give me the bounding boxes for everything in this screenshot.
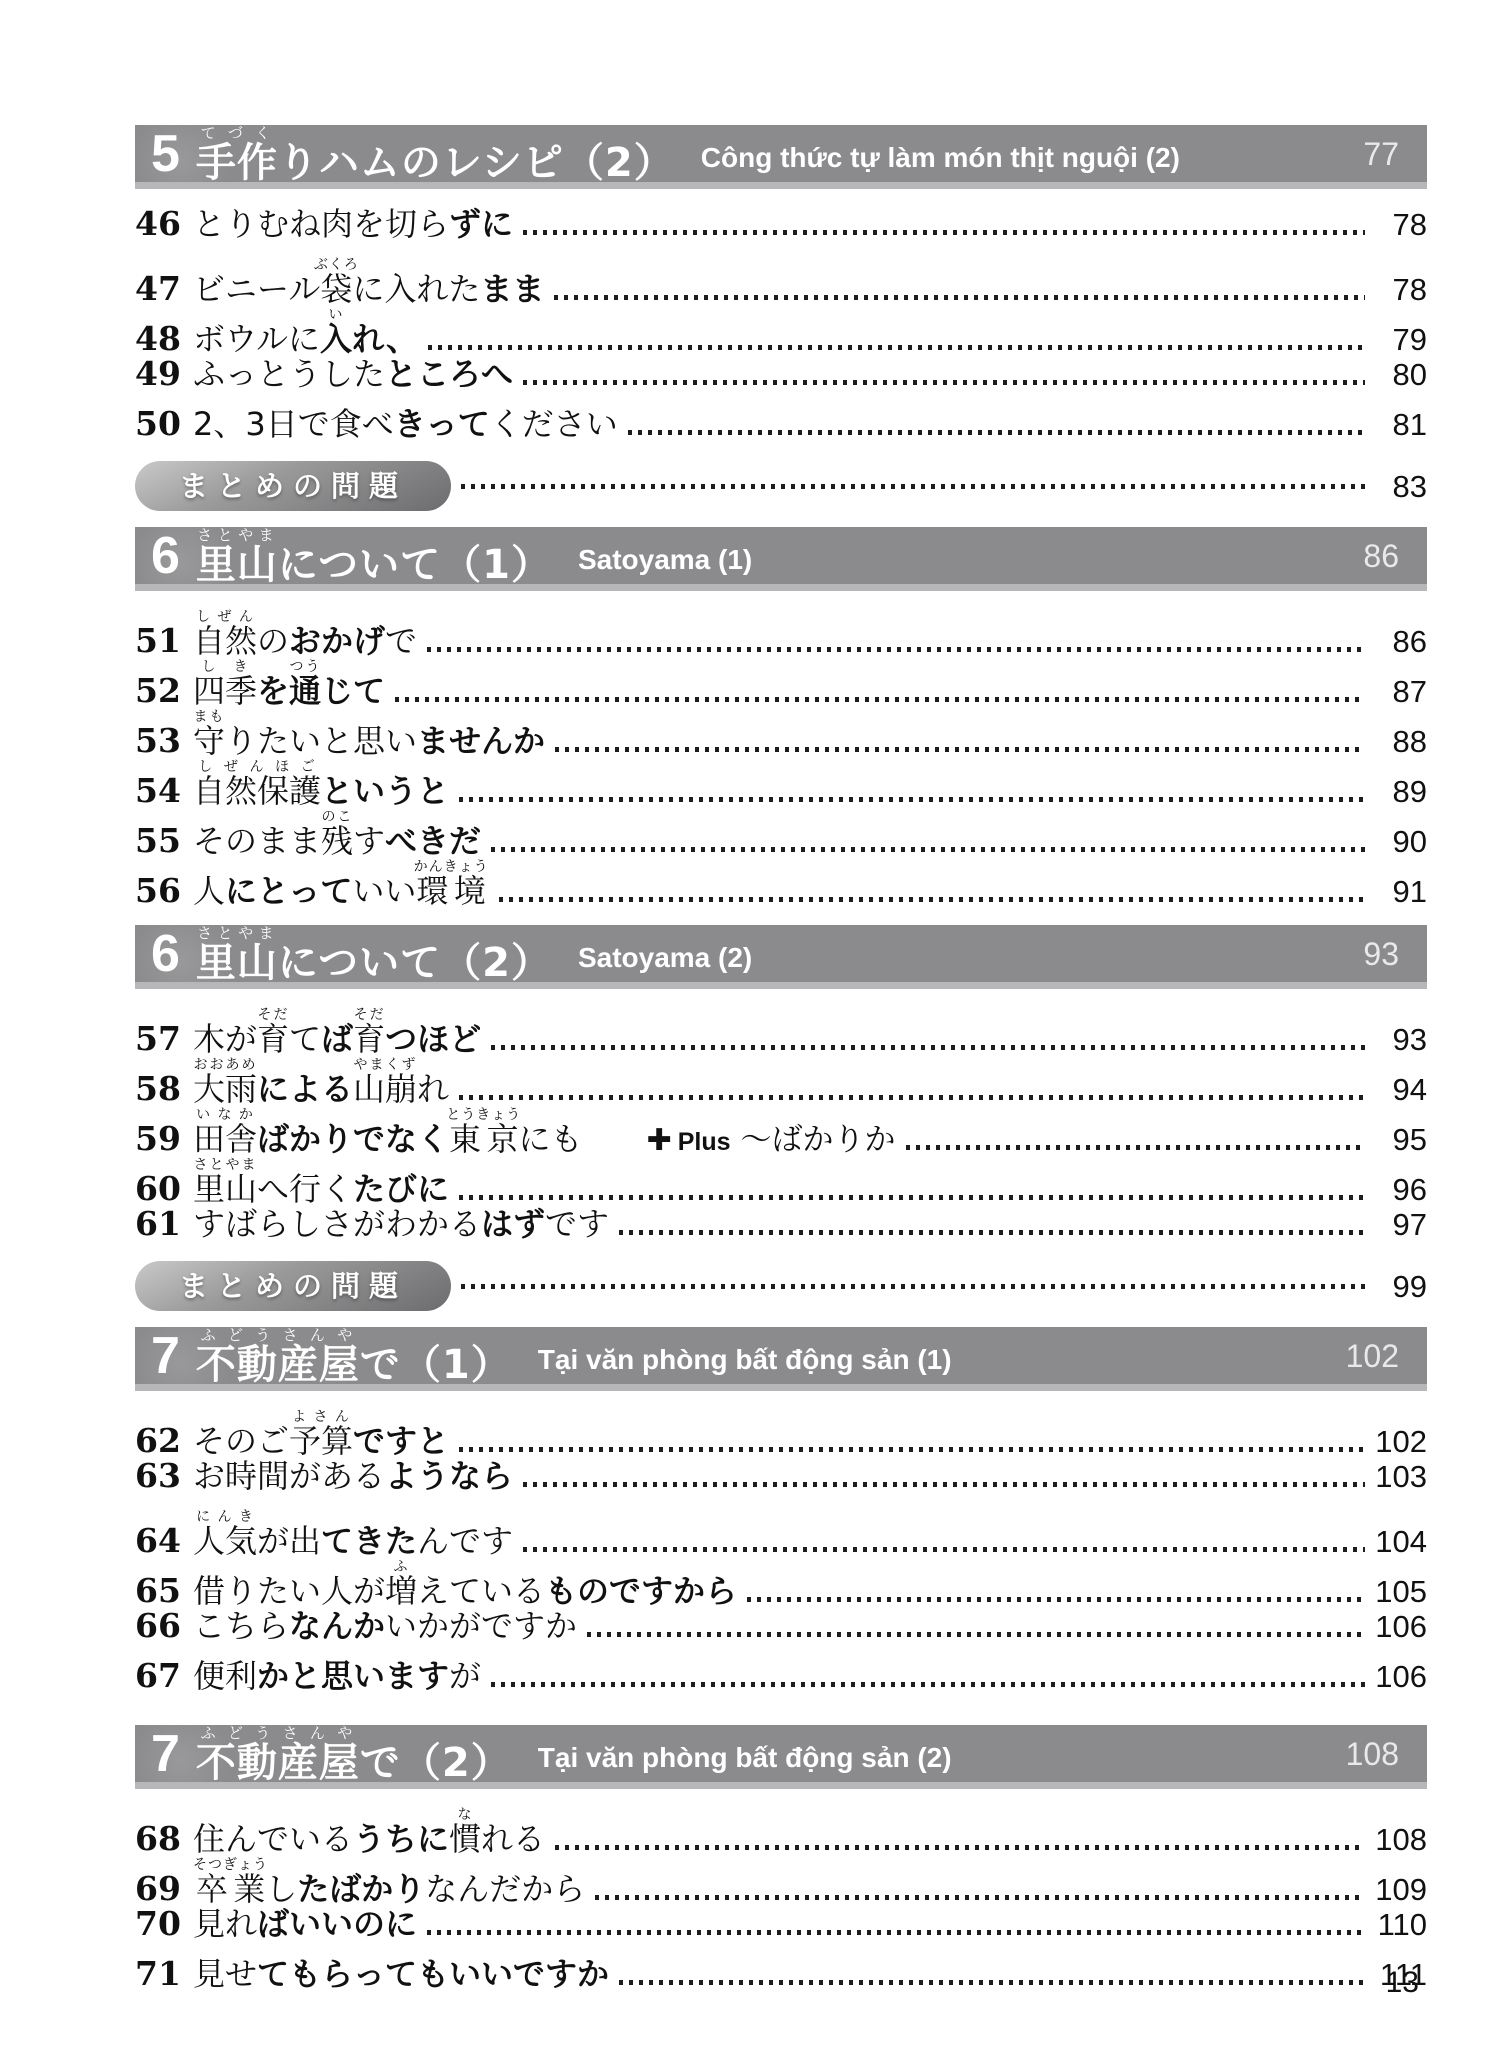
text-segment: お時間がある xyxy=(193,1457,385,1495)
furigana: ふどうさんや xyxy=(196,1326,360,1344)
furigana: おおあめ xyxy=(193,1057,257,1073)
section-header: 6里山さとやまについて（2）Satoyama (2)93 xyxy=(135,925,1427,982)
section-header: 7不動産屋ふどうさんやで（1）Tại văn phòng bất động sả… xyxy=(135,1327,1427,1384)
text-segment: 見せ xyxy=(193,1955,257,1993)
text-segment: が出 xyxy=(257,1522,321,1560)
text-segment: し xyxy=(265,1870,297,1908)
furigana: ぶくろ xyxy=(314,257,359,273)
text-segment: 人 xyxy=(193,872,225,910)
toc-entry: 64人気にんきが出てきたんです104 xyxy=(135,1509,1427,1559)
furigana: いなか xyxy=(193,1107,257,1123)
entry-number: 65 xyxy=(135,1574,193,1607)
text-segment: の xyxy=(257,622,289,660)
entry-page-number: 91 xyxy=(1375,876,1427,907)
furigana: やまくず xyxy=(353,1057,417,1073)
toc-entry: 65借りたい人が増ふえているものですから105 xyxy=(135,1559,1427,1609)
entry-page-number: 88 xyxy=(1375,726,1427,757)
section-title: 不動産屋ふどうさんやで（2） xyxy=(196,1724,512,1783)
toc-entry: 54自然保護しぜんほごというと89 xyxy=(135,759,1427,809)
text-segment: 便利 xyxy=(193,1657,257,1695)
ruby-text: 予算よさん xyxy=(289,1422,353,1460)
ruby-base: 増 xyxy=(385,1572,417,1610)
section-title: 手作てづくりハムのレシピ（2） xyxy=(196,124,675,183)
text-segment: ば xyxy=(321,1020,353,1058)
entry-title: そのご予算よさんですと xyxy=(193,1409,449,1459)
entry-number: 64 xyxy=(135,1524,193,1557)
text-segment: て xyxy=(289,1020,321,1058)
toc-entry: 62そのご予算よさんですと102 xyxy=(135,1409,1427,1459)
text-segment: そのまま xyxy=(193,822,321,860)
section-body: 51自然しぜんのおかげで8652四季しきを通つうじて8753守まもりたいと思いま… xyxy=(135,591,1427,909)
entry-title: ビニール袋ぶくろに入れたまま xyxy=(193,257,544,307)
entry-number: 46 xyxy=(135,207,193,240)
toc-entry: 67便利かと思いますが106 xyxy=(135,1659,1427,1709)
entry-number: 58 xyxy=(135,1072,193,1105)
toc-entry: 55そのまま残のこすべきだ90 xyxy=(135,809,1427,859)
entry-number: 71 xyxy=(135,1957,193,1990)
text-segment: つほど xyxy=(385,1020,481,1058)
furigana: とうきょう xyxy=(446,1107,521,1123)
ruby-text: 増ふ xyxy=(385,1572,417,1610)
text-segment: 見れ xyxy=(193,1905,257,1943)
ruby-text: 山崩やまくず xyxy=(353,1070,417,1108)
dotted-leader xyxy=(523,1482,1365,1487)
dotted-leader xyxy=(619,1980,1365,1985)
summary-row: まとめの問題99 xyxy=(135,1261,1427,1311)
section-page-number: 102 xyxy=(1346,1340,1399,1372)
furigana: しき xyxy=(193,659,257,675)
text-segment: まま xyxy=(480,270,544,308)
entry-title: 人にとっていい環境かんきょう xyxy=(193,859,489,909)
entry-title: 卒業そつぎょうしたばかりなんだから xyxy=(193,1857,585,1907)
toc-entry: 56人にとっていい環境かんきょう91 xyxy=(135,859,1427,909)
ruby-base: 四季 xyxy=(193,672,257,710)
ruby-text: 育そだ xyxy=(257,1020,289,1058)
toc-entry: 48ボウルに入いれ、79 xyxy=(135,307,1427,357)
ruby-text: 残のこ xyxy=(321,822,353,860)
ruby-base: 里山 xyxy=(196,940,278,986)
plus-icon: ✚ xyxy=(647,1123,672,1158)
text-segment: かと思います xyxy=(257,1657,449,1695)
text-segment: なんか xyxy=(289,1607,385,1645)
entry-number: 47 xyxy=(135,272,193,305)
section-body: 46とりむね肉を切らずに7847ビニール袋ぶくろに入れたまま7848ボウルに入い… xyxy=(135,189,1427,511)
entry-page-number: 79 xyxy=(1375,324,1427,355)
entry-title: ボウルに入いれ、 xyxy=(193,307,418,357)
plus-note: ✚Plus～ばかりか xyxy=(647,1125,896,1156)
section-number: 6 xyxy=(151,530,180,582)
ruby-text: 慣な xyxy=(449,1820,481,1858)
section-body: 57木が育そだてば育そだつほど9358大雨おおあめによる山崩やまくずれ9459田… xyxy=(135,989,1427,1311)
toc-section: 6里山さとやまについて（2）Satoyama (2)9357木が育そだてば育そだ… xyxy=(135,925,1427,1311)
text-segment: りハムのレシピ（2） xyxy=(278,140,675,186)
text-segment: えている xyxy=(417,1572,545,1610)
furigana: い xyxy=(320,307,352,323)
ruby-base: 自然 xyxy=(193,622,257,660)
section-title: 里山さとやまについて（1） xyxy=(196,526,552,585)
section-title: 里山さとやまについて（2） xyxy=(196,924,552,983)
entry-title: ふっとうしたところへ xyxy=(193,358,513,392)
page-number: 13 xyxy=(1386,1966,1419,2000)
summary-page-number: 83 xyxy=(1375,471,1427,502)
section-number: 6 xyxy=(151,928,180,980)
text-segment: きって xyxy=(394,405,490,443)
text-segment: について（2） xyxy=(278,940,552,986)
entry-title: すばらしさがわかるはずです xyxy=(193,1208,609,1242)
ruby-base: 人気 xyxy=(193,1522,257,1560)
ruby-base: 大雨 xyxy=(193,1070,257,1108)
entry-page-number: 102 xyxy=(1375,1426,1427,1457)
entry-page-number: 105 xyxy=(1375,1576,1427,1607)
ruby-base: 環境 xyxy=(414,872,489,910)
ruby-text: 自然保護しぜんほご xyxy=(193,772,321,810)
furigana: てづく xyxy=(196,124,278,142)
ruby-base: 守 xyxy=(193,722,225,760)
entry-page-number: 110 xyxy=(1375,1909,1427,1940)
entry-title: 住んでいるうちに慣なれる xyxy=(193,1807,545,1857)
section-page-number: 77 xyxy=(1363,138,1399,170)
ruby-base: 慣 xyxy=(449,1820,481,1858)
entry-number: 54 xyxy=(135,774,193,807)
entry-page-number: 104 xyxy=(1375,1526,1427,1557)
text-segment: にも xyxy=(519,1120,583,1158)
entry-title: 見ればいいのに xyxy=(193,1908,417,1942)
entry-number: 61 xyxy=(135,1207,193,1240)
text-segment: で（2） xyxy=(360,1740,512,1786)
furigana: さとやま xyxy=(193,1157,257,1173)
ruby-base: 里山 xyxy=(196,542,278,588)
toc-entry: 46とりむね肉を切らずに78 xyxy=(135,207,1427,257)
text-segment: そのご xyxy=(193,1422,289,1460)
dotted-leader xyxy=(459,1195,1365,1200)
entry-title: 大雨おおあめによる山崩やまくずれ xyxy=(193,1057,449,1107)
furigana: そだ xyxy=(257,1007,289,1023)
dotted-leader xyxy=(459,1095,1365,1100)
furigana: しぜん xyxy=(193,609,257,625)
section-number: 7 xyxy=(151,1330,180,1382)
entry-page-number: 86 xyxy=(1375,626,1427,657)
entry-number: 57 xyxy=(135,1022,193,1055)
section-page-number: 93 xyxy=(1363,938,1399,970)
furigana: さとやま xyxy=(196,526,278,544)
dotted-leader xyxy=(459,1447,1365,1452)
dotted-leader xyxy=(461,484,1365,489)
ruby-text: 入い xyxy=(320,320,352,358)
entry-title: 守まもりたいと思いませんか xyxy=(193,709,545,759)
entry-number: 55 xyxy=(135,824,193,857)
toc-section: 7不動産屋ふどうさんやで（2）Tại văn phòng bất động sả… xyxy=(135,1725,1427,2007)
entry-title: そのまま残のこすべきだ xyxy=(193,809,481,859)
toc-entry: 63お時間があるようなら103 xyxy=(135,1459,1427,1509)
entry-number: 56 xyxy=(135,874,193,907)
entry-number: 48 xyxy=(135,322,193,355)
toc-entry: 61すばらしさがわかるはずです97 xyxy=(135,1207,1427,1257)
text-segment: りたいと思い xyxy=(225,722,417,760)
dotted-leader xyxy=(499,897,1365,902)
section-subtitle: Công thức tự làm món thịt nguội (2) xyxy=(701,142,1180,182)
dotted-leader xyxy=(555,747,1365,752)
entry-number: 51 xyxy=(135,624,193,657)
text-segment: で（1） xyxy=(360,1342,512,1388)
ruby-base: 山崩 xyxy=(353,1070,417,1108)
text-segment: れる xyxy=(481,1820,545,1858)
ruby-text: 守まも xyxy=(193,722,225,760)
toc-entry: 66こちらなんかいかがですか106 xyxy=(135,1609,1427,1659)
text-segment: たびに xyxy=(353,1170,449,1208)
section-number: 5 xyxy=(151,128,180,180)
furigana: まも xyxy=(193,709,225,725)
ruby-base: 田舎 xyxy=(193,1120,257,1158)
section-title: 不動産屋ふどうさんやで（1） xyxy=(196,1326,512,1385)
text-segment: にとって xyxy=(225,872,352,910)
entry-title: お時間があるようなら xyxy=(193,1460,513,1494)
dotted-leader xyxy=(619,1230,1365,1235)
ruby-base: 不動産屋 xyxy=(196,1740,360,1786)
ruby-text: 不動産屋ふどうさんや xyxy=(196,1740,360,1786)
dotted-leader xyxy=(523,230,1365,235)
text-segment: なんだから xyxy=(425,1870,585,1908)
furigana: しぜんほご xyxy=(193,759,321,775)
entry-title: 便利かと思いますが xyxy=(193,1660,481,1694)
text-segment: とりむね肉を切ら xyxy=(193,205,449,243)
text-segment: に入れた xyxy=(352,270,480,308)
text-segment: ずに xyxy=(449,205,513,243)
text-segment: ふっとうした xyxy=(193,355,385,393)
entry-number: 70 xyxy=(135,1907,193,1940)
text-segment: 借りたい人が xyxy=(193,1572,385,1610)
section-page-number: 86 xyxy=(1363,540,1399,572)
entry-page-number: 106 xyxy=(1375,1661,1427,1692)
section-page-number: 108 xyxy=(1346,1738,1399,1770)
entry-number: 68 xyxy=(135,1822,193,1855)
entry-number: 60 xyxy=(135,1172,193,1205)
dotted-leader xyxy=(747,1597,1365,1602)
furigana: よさん xyxy=(289,1409,353,1425)
ruby-base: 育 xyxy=(353,1020,385,1058)
ruby-base: 残 xyxy=(321,822,353,860)
entry-page-number: 80 xyxy=(1375,359,1427,390)
text-segment: について（1） xyxy=(278,542,552,588)
ruby-base: 里山 xyxy=(193,1170,257,1208)
ruby-text: 里山さとやま xyxy=(196,542,278,588)
furigana: そだ xyxy=(353,1007,385,1023)
entry-number: 52 xyxy=(135,674,193,707)
dotted-leader xyxy=(427,1930,1365,1935)
entry-page-number: 96 xyxy=(1375,1174,1427,1205)
toc-section: 7不動産屋ふどうさんやで（1）Tại văn phòng bất động sả… xyxy=(135,1327,1427,1709)
summary-page-number: 99 xyxy=(1375,1271,1427,1302)
entry-number: 53 xyxy=(135,724,193,757)
summary-pill: まとめの問題 xyxy=(135,461,451,511)
dotted-leader xyxy=(587,1632,1365,1637)
section-number: 7 xyxy=(151,1728,180,1780)
dotted-leader xyxy=(554,295,1365,300)
entry-number: 63 xyxy=(135,1459,193,1492)
entry-page-number: 108 xyxy=(1375,1824,1427,1855)
dotted-leader xyxy=(428,345,1365,350)
ruby-text: 卒業そつぎょう xyxy=(193,1870,265,1908)
toc-entry: 52四季しきを通つうじて87 xyxy=(135,659,1427,709)
text-segment: こちら xyxy=(193,1607,289,1645)
text-segment: いかがですか xyxy=(385,1607,577,1645)
dotted-leader xyxy=(491,847,1365,852)
text-segment: んです xyxy=(417,1522,513,1560)
toc-entry: 51自然しぜんのおかげで86 xyxy=(135,609,1427,659)
entry-title: 里山さとやまへ行くたびに xyxy=(193,1157,449,1207)
toc-section: 5手作てづくりハムのレシピ（2）Công thức tự làm món thị… xyxy=(135,125,1427,511)
text-segment: 住んでいる xyxy=(193,1820,353,1858)
ruby-text: 東京とうきょう xyxy=(449,1120,519,1158)
text-segment: おかげ xyxy=(289,622,385,660)
text-segment: てきた xyxy=(321,1522,417,1560)
text-segment: というと xyxy=(321,772,449,810)
furigana: つう xyxy=(289,659,321,675)
ruby-text: 四季しき xyxy=(193,672,257,710)
entry-number: 67 xyxy=(135,1659,193,1692)
ruby-base: 不動産屋 xyxy=(196,1342,360,1388)
dotted-leader xyxy=(491,1045,1365,1050)
text-segment: ボウルに xyxy=(193,320,320,358)
ruby-base: 育 xyxy=(257,1020,289,1058)
entry-page-number: 78 xyxy=(1375,209,1427,240)
ruby-text: 手作てづく xyxy=(196,140,278,186)
dotted-leader xyxy=(523,380,1365,385)
ruby-base: 自然保護 xyxy=(193,772,321,810)
dotted-leader xyxy=(461,1284,1365,1289)
furigana: のこ xyxy=(321,809,353,825)
ruby-base: 通 xyxy=(289,672,321,710)
furigana: にんき xyxy=(193,1509,257,1525)
toc-entry: 68住んでいるうちに慣なれる108 xyxy=(135,1807,1427,1857)
entry-page-number: 87 xyxy=(1375,676,1427,707)
text-segment: ですと xyxy=(353,1422,449,1460)
entry-title: 自然保護しぜんほごというと xyxy=(193,759,449,809)
text-segment: うちに xyxy=(353,1820,449,1858)
ruby-text: 通つう xyxy=(289,672,321,710)
ruby-text: 里山さとやま xyxy=(196,940,278,986)
text-segment: ようなら xyxy=(385,1457,513,1495)
ruby-base: 入 xyxy=(320,320,352,358)
text-segment: へ行く xyxy=(257,1170,353,1208)
entry-title: 田舎いなかばかりでなく東京とうきょうにも xyxy=(193,1107,583,1157)
text-segment: れ、 xyxy=(352,320,418,358)
ruby-base: 東京 xyxy=(446,1120,521,1158)
toc-entry: 47ビニール袋ぶくろに入れたまま78 xyxy=(135,257,1427,307)
dotted-leader xyxy=(628,430,1365,435)
section-subtitle: Tại văn phòng bất động sản (2) xyxy=(538,1742,952,1782)
section-body: 62そのご予算よさんですと10263お時間があるようなら10364人気にんきが出… xyxy=(135,1391,1427,1709)
text-segment: す xyxy=(353,822,385,860)
text-segment: れ xyxy=(417,1070,449,1108)
section-subtitle: Tại văn phòng bất động sản (1) xyxy=(538,1344,952,1384)
entry-number: 50 xyxy=(135,407,193,440)
section-header: 6里山さとやまについて（1）Satoyama (1)86 xyxy=(135,527,1427,584)
toc-entry: 71見せてもらってもいいですか111 xyxy=(135,1957,1427,2007)
ruby-text: 不動産屋ふどうさんや xyxy=(196,1342,360,1388)
furigana: な xyxy=(449,1807,481,1823)
toc-entry: 60里山さとやまへ行くたびに96 xyxy=(135,1157,1427,1207)
text-segment: で xyxy=(385,622,417,660)
furigana: さとやま xyxy=(196,924,278,942)
text-segment: すばらしさがわかる xyxy=(193,1205,481,1243)
ruby-base: 卒業 xyxy=(193,1870,268,1908)
entry-number: 69 xyxy=(135,1872,193,1905)
text-segment: ものですから xyxy=(545,1572,737,1610)
text-segment: じて xyxy=(321,672,385,710)
section-body: 68住んでいるうちに慣なれる10869卒業そつぎょうしたばかりなんだから1097… xyxy=(135,1789,1427,2007)
dotted-leader xyxy=(555,1845,1365,1850)
ruby-base: 手作 xyxy=(196,140,278,186)
toc-entry: 502、3日で食べきってください81 xyxy=(135,407,1427,457)
section-header: 7不動産屋ふどうさんやで（2）Tại văn phòng bất động sả… xyxy=(135,1725,1427,1782)
entry-number: 66 xyxy=(135,1609,193,1642)
text-segment: による xyxy=(257,1070,353,1108)
entry-page-number: 94 xyxy=(1375,1074,1427,1105)
entry-title: とりむね肉を切らずに xyxy=(193,208,513,242)
furigana: かんきょう xyxy=(414,859,489,875)
text-segment: ませんか xyxy=(417,722,545,760)
toc-entry: 53守まもりたいと思いませんか88 xyxy=(135,709,1427,759)
table-of-contents: 5手作てづくりハムのレシピ（2）Công thức tự làm món thị… xyxy=(0,0,1497,2007)
entry-page-number: 89 xyxy=(1375,776,1427,807)
entry-page-number: 106 xyxy=(1375,1611,1427,1642)
text-segment: いい xyxy=(352,872,416,910)
entry-page-number: 78 xyxy=(1375,274,1427,305)
entry-page-number: 81 xyxy=(1375,409,1427,440)
summary-pill: まとめの問題 xyxy=(135,1261,451,1311)
ruby-text: 人気にんき xyxy=(193,1522,257,1560)
text-segment: てもらってもいいですか xyxy=(257,1955,609,1993)
plus-label: Plus xyxy=(678,1128,731,1156)
entry-title: 見せてもらってもいいですか xyxy=(193,1958,609,1992)
entry-page-number: 103 xyxy=(1375,1461,1427,1492)
entry-title: こちらなんかいかがですか xyxy=(193,1610,577,1644)
entry-title: 借りたい人が増ふえているものですから xyxy=(193,1559,737,1609)
entry-page-number: 90 xyxy=(1375,826,1427,857)
entry-page-number: 95 xyxy=(1375,1124,1427,1155)
entry-title: 人気にんきが出てきたんです xyxy=(193,1509,513,1559)
furigana: ふどうさんや xyxy=(196,1724,360,1742)
entry-title: 木が育そだてば育そだつほど xyxy=(193,1007,481,1057)
dotted-leader xyxy=(427,647,1365,652)
text-segment: ばかりでなく xyxy=(257,1120,449,1158)
toc-entry: 59田舎いなかばかりでなく東京とうきょうにも✚Plus～ばかりか95 xyxy=(135,1107,1427,1157)
section-header: 5手作てづくりハムのレシピ（2）Công thức tự làm món thị… xyxy=(135,125,1427,182)
toc-entry: 57木が育そだてば育そだつほど93 xyxy=(135,1007,1427,1057)
text-segment: はず xyxy=(481,1205,545,1243)
dotted-leader xyxy=(395,697,1365,702)
section-subtitle: Satoyama (1) xyxy=(578,544,752,584)
text-segment: 木が xyxy=(193,1020,257,1058)
entry-page-number: 109 xyxy=(1375,1874,1427,1905)
text-segment: ビニール xyxy=(193,270,320,308)
text-segment: 2、3日で食べ xyxy=(193,405,394,443)
toc-entry: 69卒業そつぎょうしたばかりなんだから109 xyxy=(135,1857,1427,1907)
dotted-leader xyxy=(523,1547,1365,1552)
toc-entry: 49ふっとうしたところへ80 xyxy=(135,357,1427,407)
text-segment: たばかり xyxy=(297,1870,425,1908)
text-segment: ところへ xyxy=(385,355,513,393)
text-segment: が xyxy=(449,1657,481,1695)
dotted-leader xyxy=(491,1682,1365,1687)
ruby-text: 袋ぶくろ xyxy=(320,270,352,308)
ruby-text: 自然しぜん xyxy=(193,622,257,660)
toc-entry: 58大雨おおあめによる山崩やまくずれ94 xyxy=(135,1057,1427,1107)
text-segment: べきだ xyxy=(385,822,481,860)
toc-section: 6里山さとやまについて（1）Satoyama (1)8651自然しぜんのおかげで… xyxy=(135,527,1427,909)
furigana: そつぎょう xyxy=(193,1857,268,1873)
text-segment: ください xyxy=(490,405,618,443)
